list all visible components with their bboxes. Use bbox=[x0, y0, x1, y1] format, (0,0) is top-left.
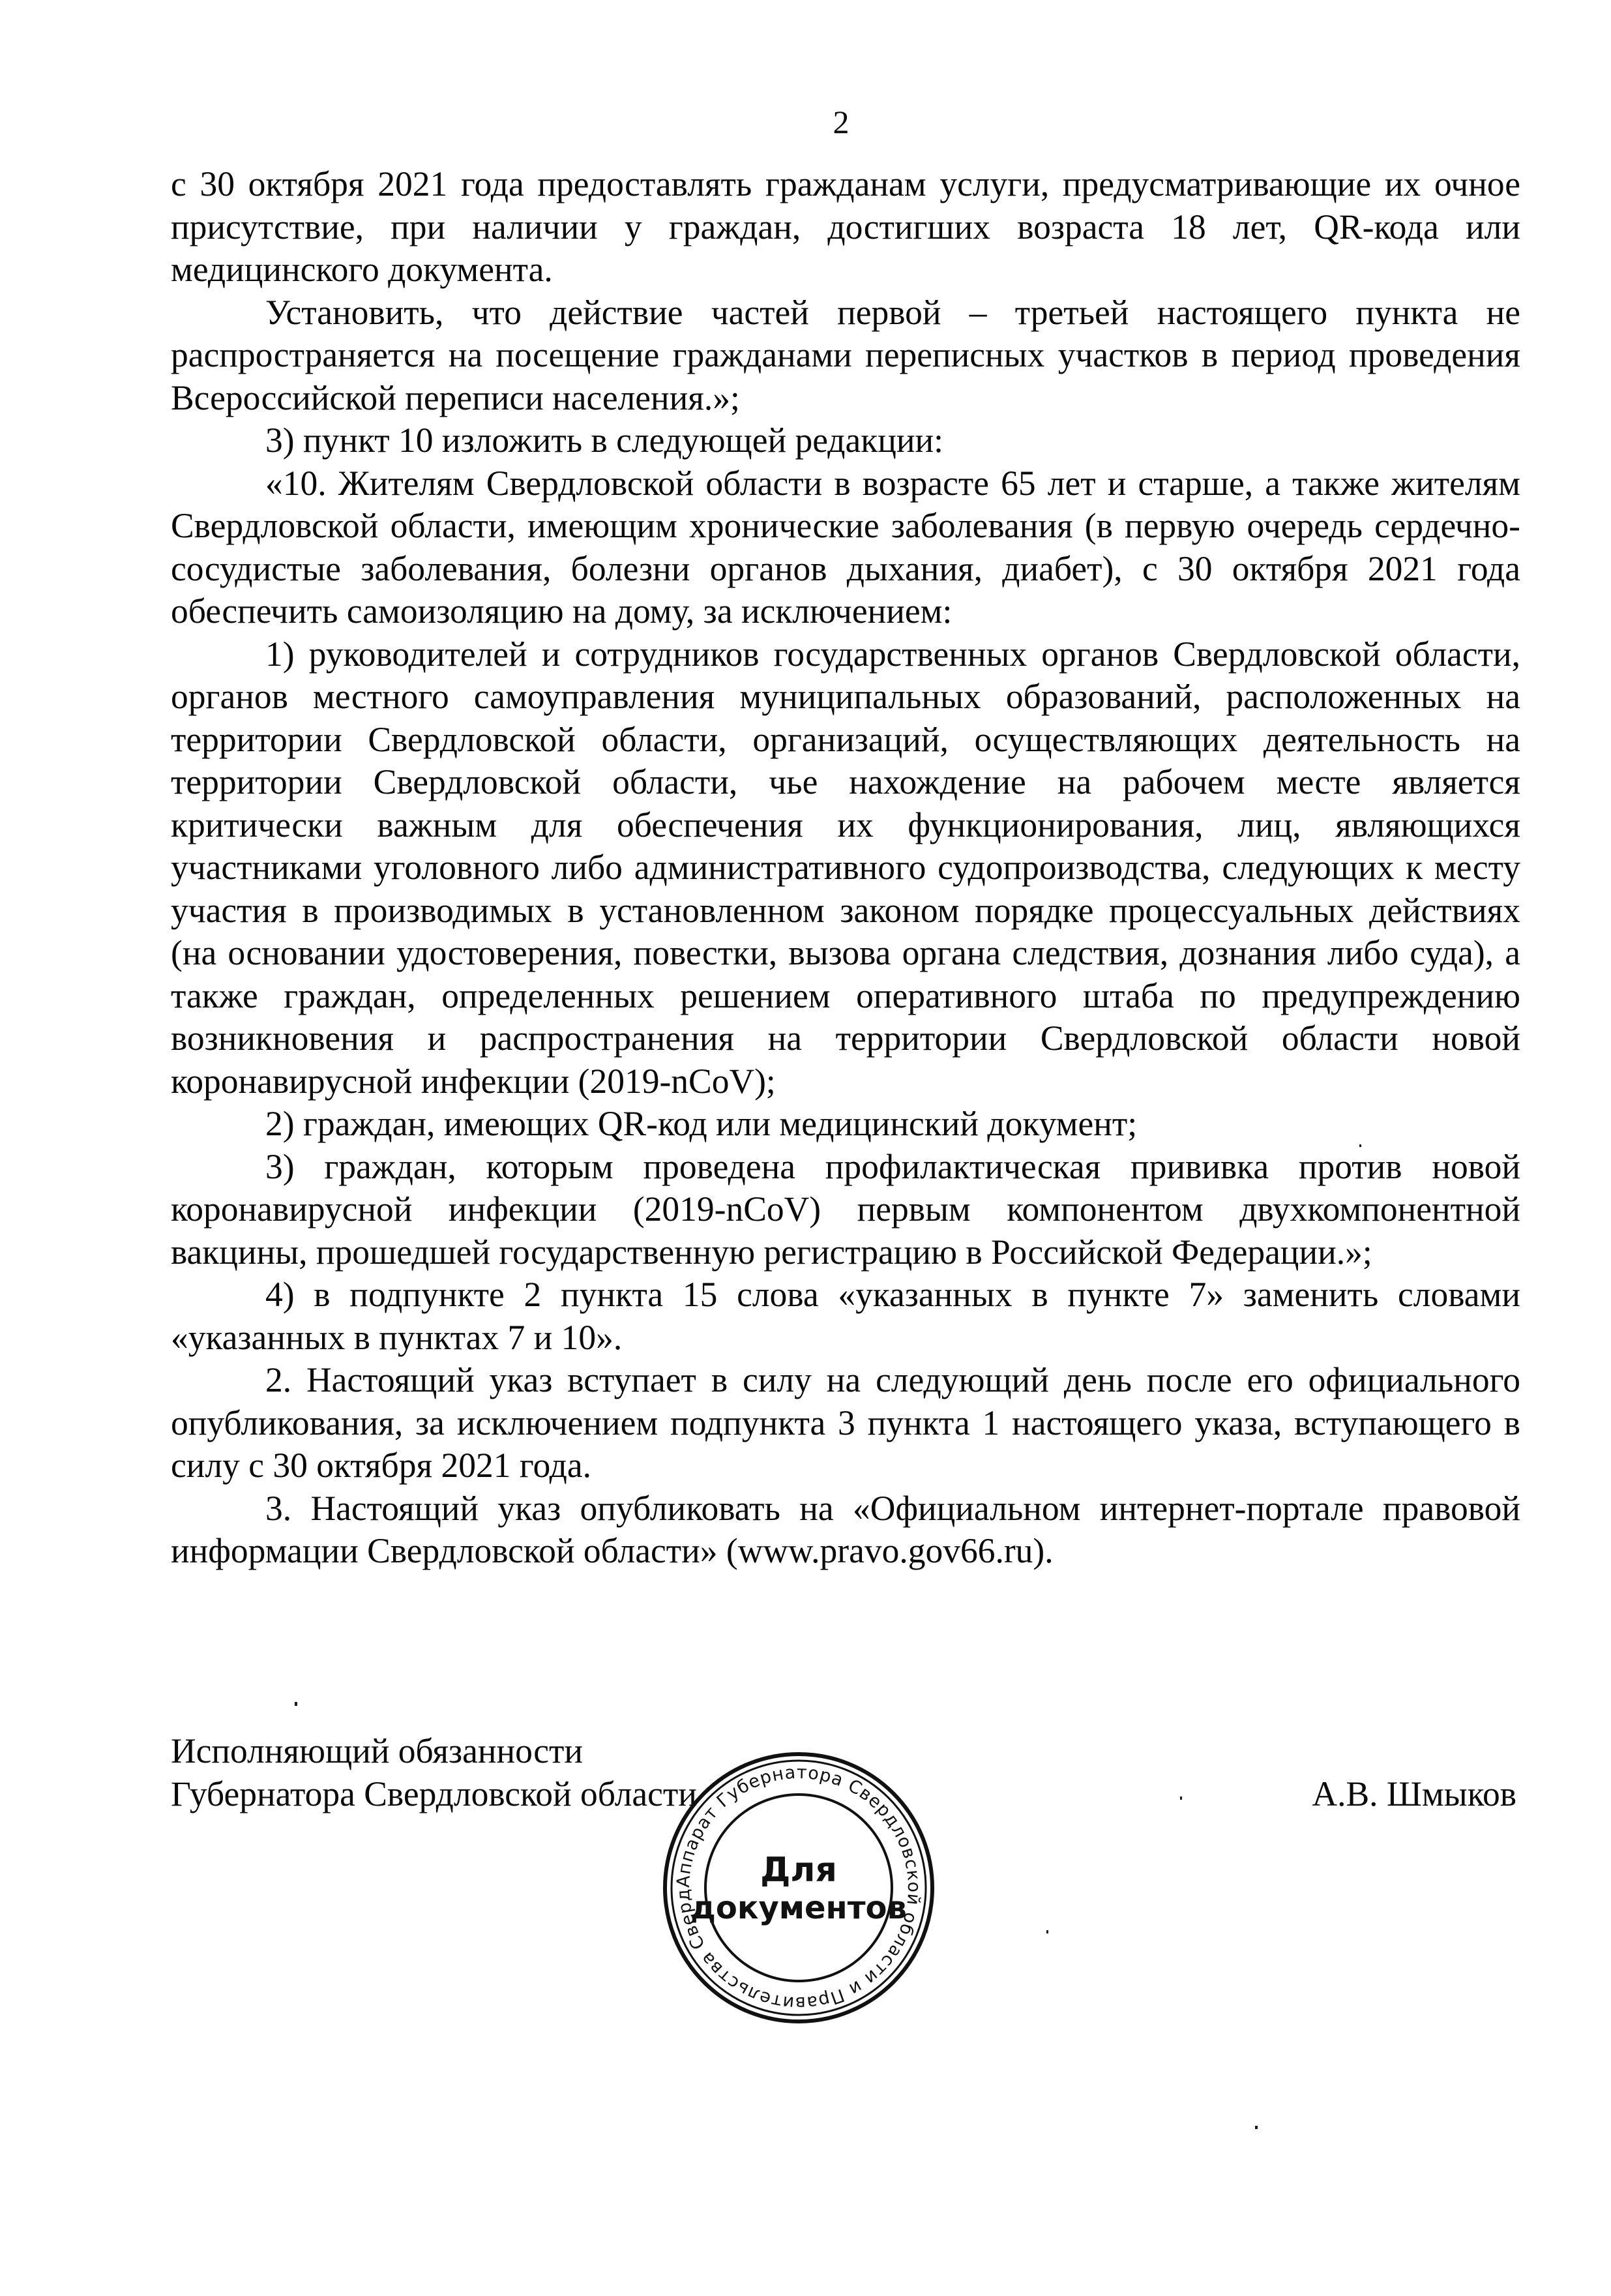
scan-speck bbox=[1255, 2126, 1258, 2129]
stamp-center-line1: Для bbox=[760, 1851, 837, 1890]
paragraph: 4) в подпункте 2 пункта 15 слова «указан… bbox=[171, 1274, 1520, 1359]
scan-speck bbox=[295, 1702, 297, 1706]
paragraph: 2) граждан, имеющих QR-код или медицинск… bbox=[171, 1103, 1520, 1146]
signature-title-line2: Губернатора Свердловской области bbox=[171, 1772, 697, 1815]
page-number: 2 bbox=[0, 103, 1611, 141]
scan-speck bbox=[1046, 1930, 1048, 1933]
signatory-name: А.В. Шмыков bbox=[1312, 1772, 1516, 1815]
signature-title-line1: Исполняющий обязанности bbox=[171, 1729, 697, 1772]
document-body: с 30 октября 2021 года предоставлять гра… bbox=[171, 163, 1520, 1573]
paragraph: «10. Жителям Свердловской области в возр… bbox=[171, 462, 1520, 633]
paragraph: 3) граждан, которым проведена профилакти… bbox=[171, 1146, 1520, 1274]
stamp-seal-icon: Аппарат Губернатора Свердловской области… bbox=[658, 1748, 939, 2028]
paragraph: 2. Настоящий указ вступает в силу на сле… bbox=[171, 1359, 1520, 1487]
paragraph: Установить, что действие частей первой –… bbox=[171, 291, 1520, 420]
paragraph: 1) руководителей и сотрудников государст… bbox=[171, 633, 1520, 1103]
paragraph: 3. Настоящий указ опубликовать на «Офици… bbox=[171, 1487, 1520, 1573]
scan-speck bbox=[1180, 1797, 1182, 1800]
paragraph: 3) пункт 10 изложить в следующей редакци… bbox=[171, 419, 1520, 462]
stamp-center-line2: документов bbox=[690, 1890, 907, 1926]
paragraph: с 30 октября 2021 года предоставлять гра… bbox=[171, 163, 1520, 291]
signature-title: Исполняющий обязанности Губернатора Свер… bbox=[171, 1729, 697, 1815]
official-stamp: Аппарат Губернатора Свердловской области… bbox=[658, 1748, 939, 2028]
scan-speck bbox=[1359, 1144, 1361, 1147]
